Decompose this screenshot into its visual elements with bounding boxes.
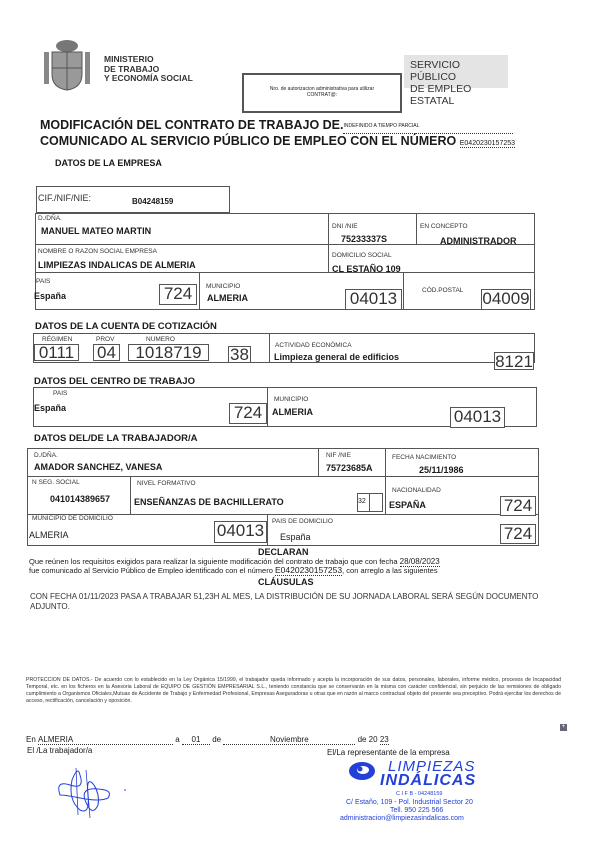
section-empresa-title: DATOS DE LA EMPRESA <box>55 158 162 168</box>
fecha-nacimiento-label: FECHA NACIMIENTO <box>392 454 456 461</box>
nivel-value: ENSEÑANZAS DE BACHILLERATO <box>134 497 284 507</box>
company-stamp: LIMPIEZAS INDÁLICAS C I F B - 04248159 C… <box>348 758 488 828</box>
municipio-domicilio-value: ALMERIA <box>29 530 69 540</box>
dni-value: 75233337S <box>341 234 387 244</box>
trabajador-signature-label: El /La trabajador/a <box>27 746 92 755</box>
cif-label: CIF./NIF/NIE: <box>38 193 91 203</box>
concepto-value: ADMINISTRADOR <box>440 236 517 246</box>
prov-label: PROV <box>96 336 114 343</box>
company-logo-icon <box>348 760 376 782</box>
ministry-line-3: Y ECONOMÍA SOCIAL <box>104 74 193 84</box>
firma-dia: 01 <box>182 735 210 745</box>
municipio-label: MUNICIPIO <box>206 283 240 290</box>
nif-value: 75723685A <box>326 463 373 473</box>
coat-of-arms-icon <box>38 34 96 92</box>
representative-label: D./DÑA. <box>38 215 62 222</box>
nivel-label: NIVEL FORMATIVO <box>137 480 196 487</box>
stamp-line2: INDÁLICAS <box>380 772 476 790</box>
pais-code: 724 <box>159 284 197 305</box>
fecha-nacimiento-value: 25/11/1986 <box>419 465 464 475</box>
stamp-phone: Tell. 950 225 566 <box>390 807 443 814</box>
numero-value: 1018719 <box>128 344 209 361</box>
pais-value: España <box>34 291 66 301</box>
cif-value: B04248159 <box>132 197 173 206</box>
centro-pais-code: 724 <box>229 403 267 424</box>
centro-municipio-label: MUNICIPIO <box>274 396 308 403</box>
sepe-header: SERVICIO PÚBLICO DE EMPLEO ESTATAL <box>404 55 508 88</box>
clausulas-title: CLÁUSULAS <box>258 577 314 587</box>
firma-line: En ALMERIA a 01 de Noviembre de 20 23 <box>26 735 389 745</box>
pais-label: PAIS <box>36 278 50 285</box>
cp-value: 04009 <box>481 289 531 310</box>
authorization-box: Nro. de autorizacion administrativa para… <box>242 73 402 113</box>
dni-label: DNI /NIE <box>332 223 358 230</box>
representative-value: MANUEL MATEO MARTIN <box>41 226 151 236</box>
nif-label: NIF /NIE <box>326 452 351 459</box>
municipio-code: 04013 <box>345 289 402 310</box>
municipio-domicilio-label: MUNICIPIO DE DOMICILIO <box>32 515 113 522</box>
clausulas-text: CON FECHA 01/11/2023 PASA A TRABAJAR 51,… <box>30 592 550 612</box>
prov-value: 04 <box>93 344 120 361</box>
nss-label: N SEG. SOCIAL <box>32 479 80 486</box>
cp-label: CÓD.POSTAL <box>422 287 463 294</box>
ministry-name: MINISTERIO DE TRABAJO Y ECONOMÍA SOCIAL <box>104 55 193 84</box>
regimen-value: 0111 <box>34 344 79 361</box>
stamp-cif: C I F B - 04248159 <box>396 791 442 797</box>
regimen-label: RÉGIMEN <box>42 336 72 343</box>
contract-type: INDEFINIDO A TIEMPO PARCIAL <box>343 119 513 134</box>
firma-lugar: ALMERIA <box>38 735 173 745</box>
nacionalidad-code: 724 <box>500 496 536 516</box>
proteccion-datos-text: PROTECCION DE DATOS.- De acuerdo con lo … <box>26 677 561 705</box>
trabajador-name-value: AMADOR SANCHEZ, VANESA <box>34 462 162 472</box>
pais-domicilio-value: España <box>280 532 311 542</box>
declaran-title: DECLARAN <box>258 547 309 557</box>
actividad-label: ACTIVIDAD ECONÓMICA <box>275 342 352 349</box>
worker-signature <box>50 760 130 820</box>
stamp-email: administracion@limpiezasindalicas.com <box>340 815 464 822</box>
plus-icon[interactable]: + <box>560 724 567 731</box>
nss-value: 041014389657 <box>50 494 110 504</box>
domicilio-label: DOMICILIO SOCIAL <box>332 252 392 259</box>
dc-value: 38 <box>228 346 251 363</box>
centro-pais-value: España <box>34 403 66 413</box>
contract-number: E0420230157253 <box>460 140 515 148</box>
actividad-value: Limpieza general de edificios <box>274 352 399 362</box>
section-trabajador-title: DATOS DEL/DE LA TRABAJADOR/A <box>34 433 197 444</box>
actividad-code: 8121 <box>494 352 534 370</box>
razon-label: NOMBRE O RAZON SOCIAL EMPRESA <box>38 248 157 255</box>
centro-municipio-value: ALMERIA <box>272 407 313 417</box>
numero-label: NUMERO <box>146 336 175 343</box>
firma-mes: Noviembre <box>223 735 355 745</box>
stamp-address: C/ Estaño, 109 - Pol. Industrial Sector … <box>346 799 473 806</box>
declaran-text: Que reúnen los requisitos exigidos para … <box>29 557 440 575</box>
municipio-value: ALMERIA <box>207 293 248 303</box>
section-cotizacion-title: DATOS DE LA CUENTA DE COTIZACIÓN <box>35 321 217 332</box>
centro-pais-label: PAIS <box>53 390 67 397</box>
section-centro-title: DATOS DEL CENTRO DE TRABAJO <box>34 376 195 387</box>
pais-domicilio-code: 724 <box>500 524 536 544</box>
municipio-domicilio-code: 04013 <box>214 521 267 543</box>
firma-anio: 23 <box>380 735 389 745</box>
concepto-label: EN CONCEPTO <box>420 223 468 230</box>
nivel-code: 32 <box>358 498 366 505</box>
razon-value: LIMPIEZAS INDALICAS DE ALMERIA <box>38 260 196 270</box>
trabajador-name-label: D./DÑA. <box>34 452 58 459</box>
pais-domicilio-label: PAIS DE DOMICILIO <box>272 518 333 525</box>
nacionalidad-value: ESPAÑA <box>389 500 426 510</box>
document-title: MODIFICACIÓN DEL CONTRATO DE TRABAJO DE.… <box>40 118 515 151</box>
nacionalidad-label: NACIONALIDAD <box>392 487 441 494</box>
empresa-signature-label: El/La representante de la empresa <box>327 748 450 757</box>
centro-municipio-code: 04013 <box>450 407 505 428</box>
domicilio-value: CL ESTAÑO 109 <box>332 264 401 274</box>
declaran-numero: E0420230157253 <box>275 565 342 576</box>
